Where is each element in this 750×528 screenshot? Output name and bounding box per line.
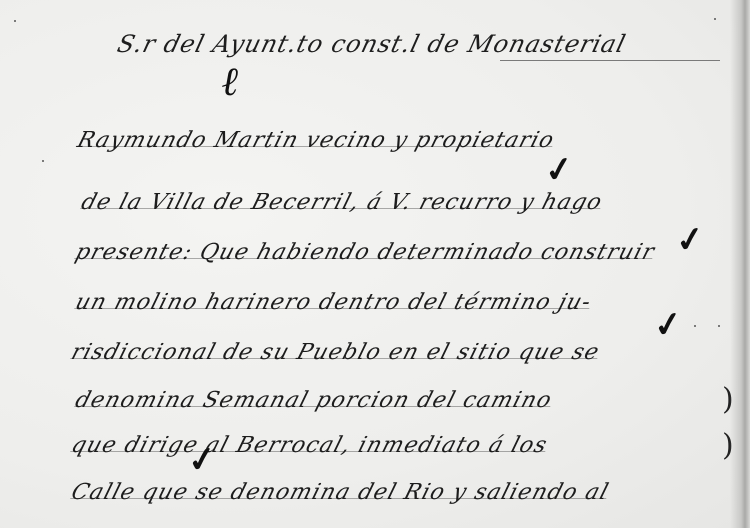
paper-speck [694, 325, 696, 327]
check-mark-icon: ✓ [542, 148, 576, 192]
body-line-8-text: Calle que se denomina del Rio y saliendo… [68, 480, 612, 505]
check-mark-icon: ✓ [185, 438, 219, 482]
body-line-6: denomina Semanal porcion del camino [72, 388, 555, 413]
body-line-4-text: un molino harinero dentro del término ju… [72, 290, 594, 315]
document-heading: S.r del Ayunt.to const.l de Monasterial [115, 30, 630, 58]
body-line-3-text: presente: Que habiendo determinado const… [72, 240, 658, 265]
body-line-6-text: denomina Semanal porcion del camino [72, 388, 555, 413]
body-line-1: Raymundo Martin vecino y propietario [74, 128, 557, 153]
body-line-8: Calle que se denomina del Rio y saliendo… [68, 480, 612, 505]
body-line-1-text: Raymundo Martin vecino y propietario [74, 128, 557, 153]
heading-flourish-icon: ℓ [222, 58, 239, 105]
body-line-4: un molino harinero dentro del término ju… [72, 290, 594, 315]
paper-speck [714, 18, 716, 20]
body-line-5-text: risdiccional de su Pueblo en el sitio qu… [68, 340, 602, 365]
body-line-2-text: de la Villa de Becerril, á V. recurro y … [78, 190, 605, 215]
body-line-2: de la Villa de Becerril, á V. recurro y … [78, 190, 605, 215]
body-line-5: risdiccional de su Pueblo en el sitio qu… [68, 340, 602, 365]
heading-underline [500, 60, 720, 61]
body-line-7: que dirige al Berrocal, inmediato á los [68, 433, 550, 458]
manuscript-page: S.r del Ayunt.to const.l de Monasterial … [0, 0, 750, 528]
body-line-3: presente: Que habiendo determinado const… [72, 240, 658, 265]
paper-speck [718, 325, 720, 327]
paper-speck [14, 20, 16, 22]
body-line-7-text: que dirige al Berrocal, inmediato á los [68, 433, 550, 458]
paper-speck [42, 160, 44, 162]
page-edge-shadow [730, 0, 750, 528]
check-mark-icon: ✓ [651, 303, 685, 347]
check-mark-icon: ✓ [673, 218, 707, 262]
